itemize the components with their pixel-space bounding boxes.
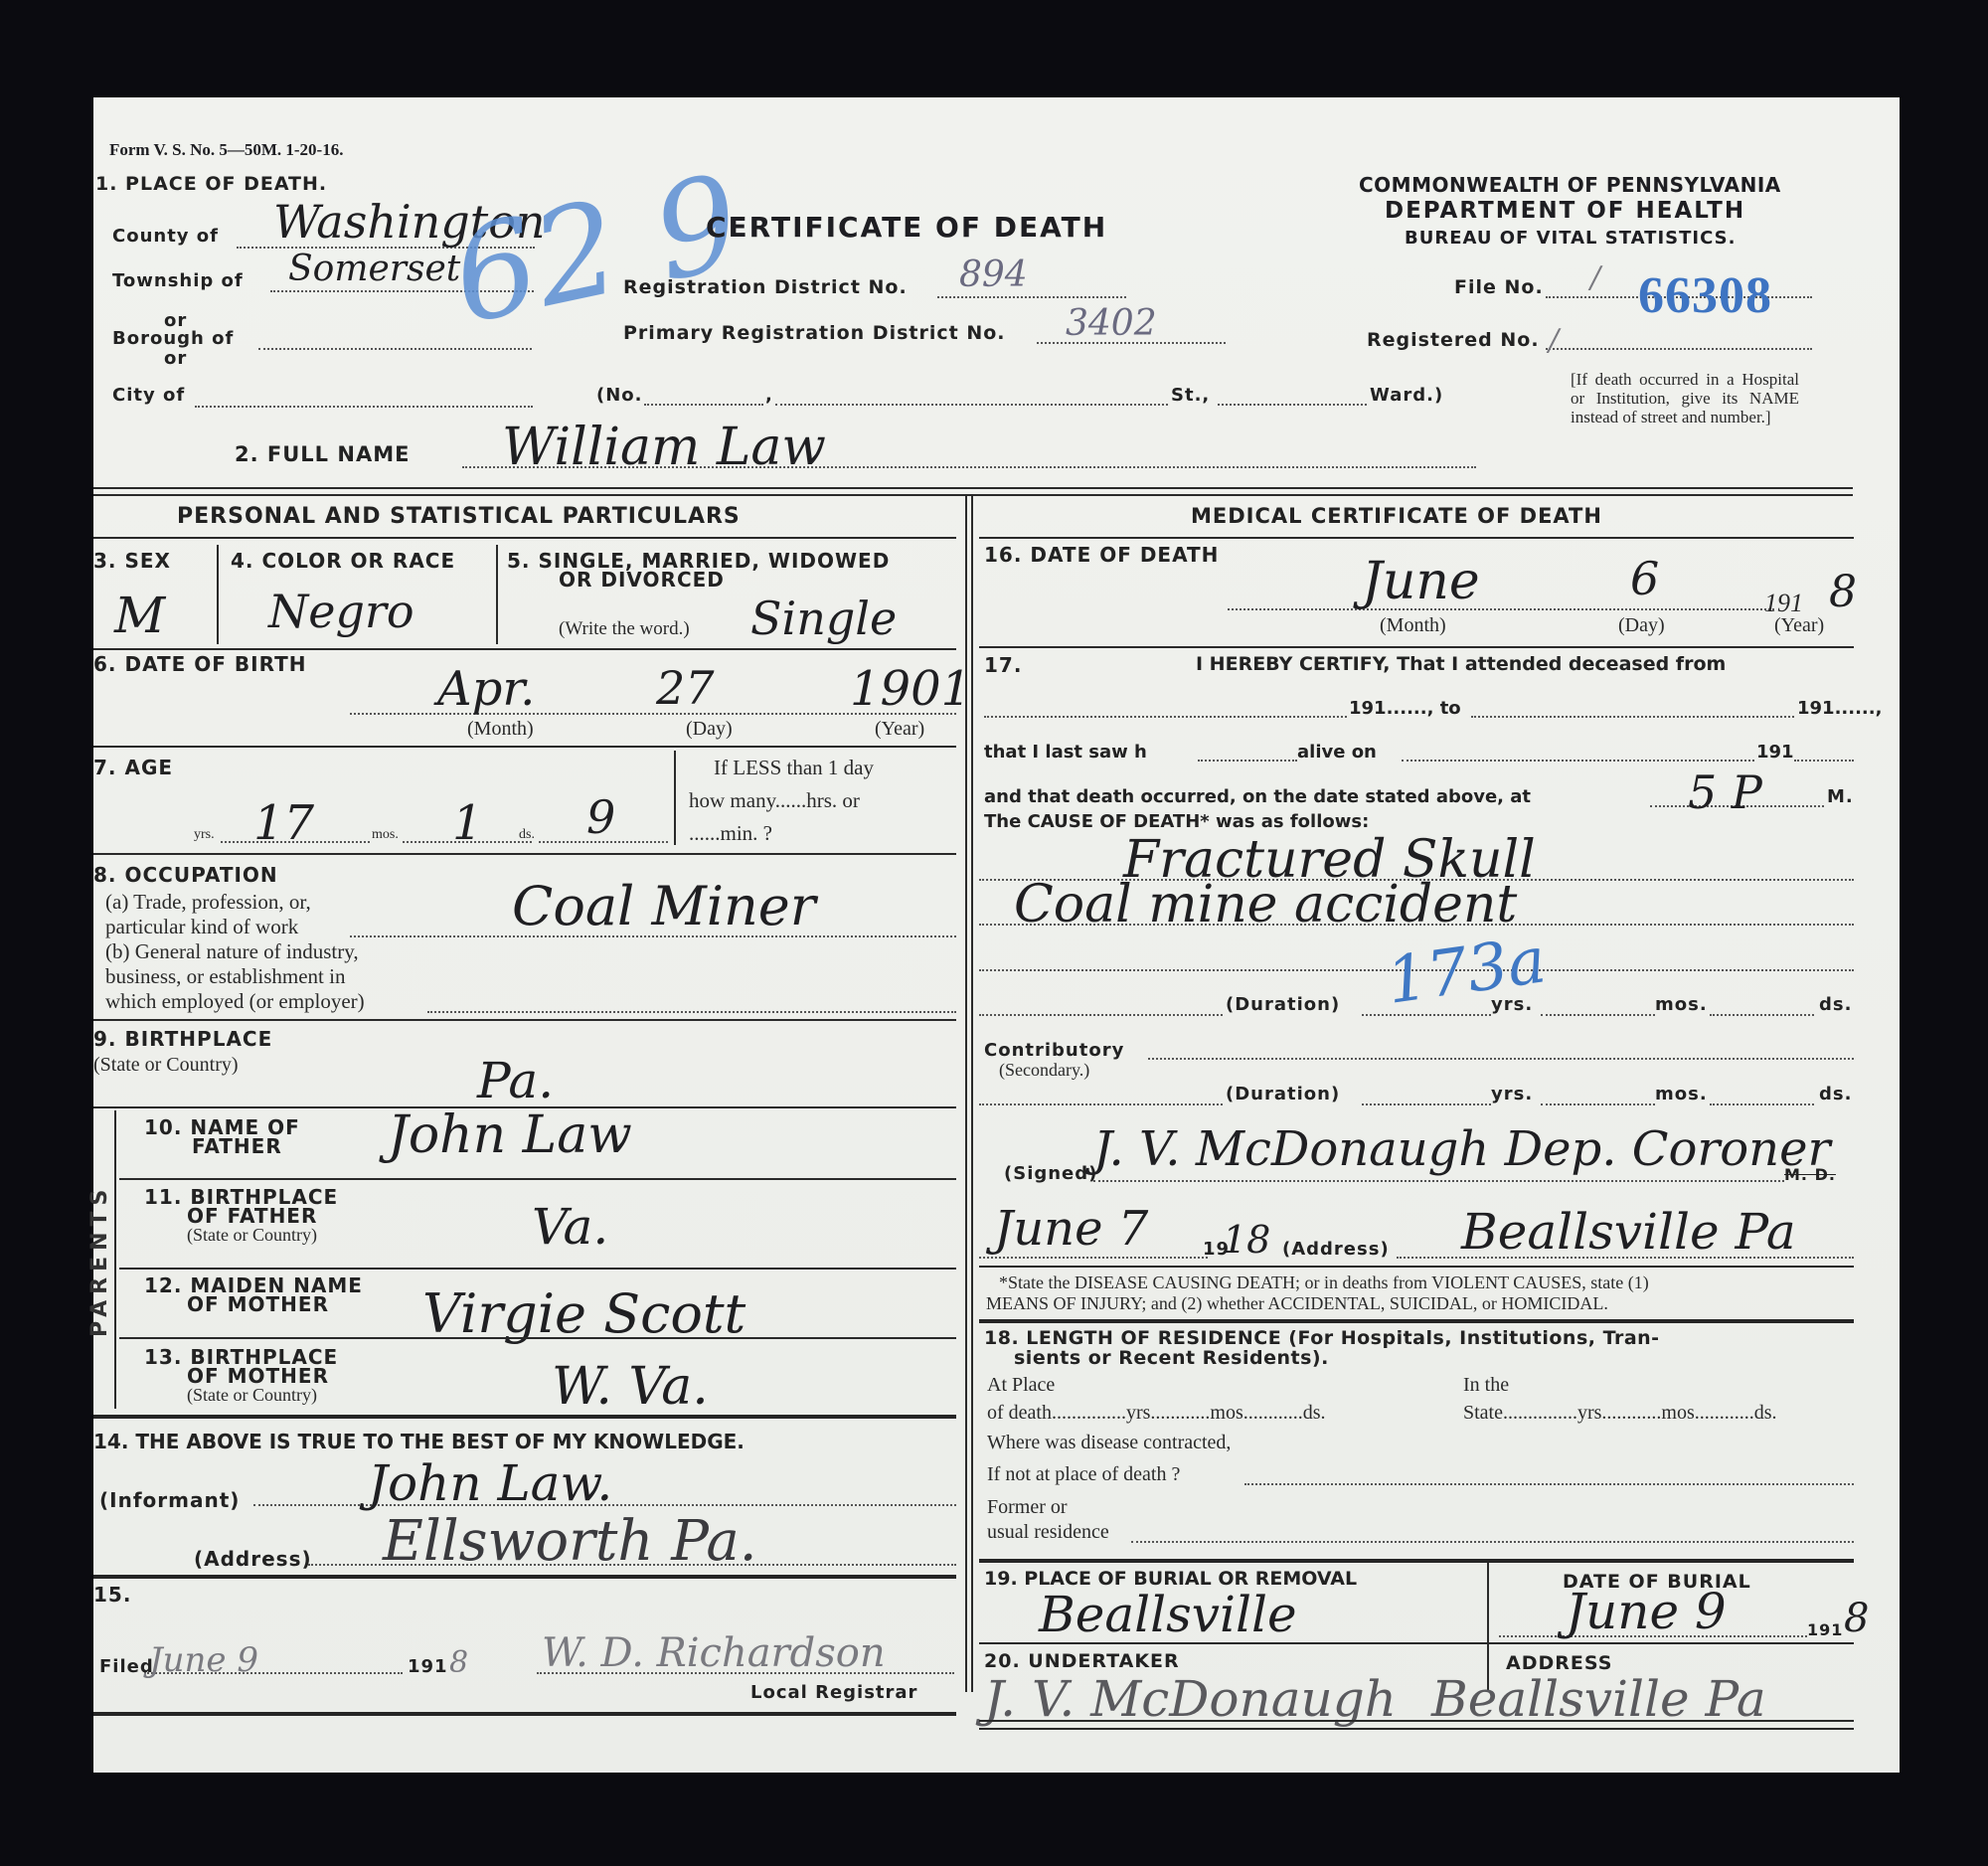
contributory-label: Contributory [984, 1040, 1124, 1061]
certify-statement: I HEREBY CERTIFY, That I attended deceas… [1196, 653, 1726, 675]
dob-month-caption: (Month) [467, 718, 534, 741]
divider [93, 1019, 956, 1021]
death-time-value: 5 P [1688, 765, 1762, 819]
attended-to-line [1471, 716, 1794, 718]
registrar-signature: W. D. Richardson [542, 1630, 886, 1676]
in-state-label: In the [1463, 1374, 1509, 1397]
city-line [195, 406, 533, 408]
borough-label: Borough of [112, 328, 234, 349]
column-divider [217, 545, 219, 644]
full-name-value: William Law [502, 418, 826, 477]
father-name-value: John Law [388, 1105, 632, 1165]
primary-registration-value: 3402 [1066, 303, 1157, 344]
registration-district-line [937, 296, 1126, 298]
birthplace-hint: (State or Country) [93, 1054, 239, 1077]
former-residence-label-2: usual residence [987, 1521, 1109, 1544]
divider [93, 648, 956, 650]
burial-place-value: Beallsville [1039, 1586, 1297, 1643]
duration-ds: ds. [1819, 994, 1852, 1015]
at-place-fields: of death...............yrs............mo… [987, 1402, 1326, 1425]
street-no-line [644, 404, 763, 406]
mother-name-label-2: OF MOTHER [187, 1292, 329, 1316]
last-saw-label: that I last saw h [984, 742, 1147, 763]
occupation-label: 8. OCCUPATION [93, 863, 278, 887]
occupation-b-line [427, 1011, 956, 1013]
divider [979, 1266, 1854, 1268]
md-label: M. D. [1784, 1165, 1836, 1184]
dob-month: Apr. [437, 661, 535, 717]
dod-day-caption: (Day) [1618, 614, 1665, 637]
age-months: 1 [452, 795, 483, 851]
registered-no-value: / [1549, 323, 1559, 358]
signed-line [1093, 1180, 1784, 1182]
secondary-yrs-line [1362, 1103, 1491, 1105]
dob-year-caption: (Year) [875, 718, 924, 741]
duration-mos: mos. [1655, 994, 1708, 1015]
street-label: St., [1171, 385, 1210, 406]
alive-on-year: 191 [1756, 742, 1794, 763]
secondary-ds-line [1710, 1103, 1814, 1105]
secondary-duration-line [979, 1103, 1223, 1105]
ward-line [1218, 404, 1367, 406]
alive-on-year-line [1794, 760, 1854, 762]
father-birthplace-hint: (State or Country) [187, 1225, 317, 1246]
filed-date: June 9 [149, 1640, 258, 1680]
divider [979, 1559, 1854, 1563]
divider [119, 1268, 956, 1270]
personal-section-title: PERSONAL AND STATISTICAL PARTICULARS [177, 504, 741, 529]
divider [93, 487, 1853, 489]
mother-name-value: Virgie Scott [422, 1282, 745, 1345]
secondary-duration-label: (Duration) [1226, 1084, 1340, 1104]
duration-ds-line [1710, 1014, 1814, 1016]
secondary-ds: ds. [1819, 1084, 1852, 1104]
agency-commonwealth: COMMONWEALTH OF PENNSYLVANIA [1359, 173, 1781, 197]
divider [979, 1720, 1854, 1722]
age-days: 9 [586, 790, 615, 844]
marital-hint: (Write the word.) [559, 618, 690, 640]
age-mos-label: mos. [372, 827, 399, 843]
birthplace-label: 9. BIRTHPLACE [93, 1027, 272, 1051]
where-contracted-line [1244, 1483, 1854, 1485]
ward-label: Ward.) [1370, 385, 1443, 406]
at-place-label: At Place [987, 1374, 1055, 1397]
dod-month-caption: (Month) [1380, 614, 1446, 637]
alive-on-line [1402, 760, 1754, 762]
comma: , [765, 385, 773, 406]
occupation-a-text: (a) Trade, profession, or, [105, 890, 311, 915]
registered-no-line [1546, 348, 1812, 350]
local-registrar-label: Local Registrar [750, 1682, 917, 1703]
informant-address-label: (Address) [194, 1547, 312, 1571]
certify-number: 17. [984, 653, 1022, 677]
dob-label: 6. DATE OF BIRTH [93, 652, 306, 676]
divider [979, 646, 1854, 648]
agency-department: DEPARTMENT OF HEALTH [1385, 198, 1745, 224]
parents-label: PARENTS [87, 1184, 112, 1337]
age-yrs-label: yrs. [194, 827, 215, 843]
primary-registration-label: Primary Registration District No. [623, 322, 1006, 344]
dob-day-caption: (Day) [686, 718, 733, 741]
township-value: Somerset [288, 249, 460, 289]
township-label: Township of [112, 270, 244, 291]
duration-yrs-line [1362, 1014, 1491, 1016]
county-label: County of [112, 226, 219, 247]
sex-label: 3. SEX [93, 549, 171, 573]
death-time-label: and that death occurred, on the date sta… [984, 786, 1531, 807]
medical-section-title: MEDICAL CERTIFICATE OF DEATH [1191, 504, 1602, 528]
birthplace-value: Pa. [477, 1052, 554, 1109]
death-time-m: M. [1827, 786, 1854, 807]
race-value: Negro [268, 585, 414, 638]
divider [93, 494, 1853, 496]
dod-year-suffix: 8 [1829, 567, 1857, 617]
duration-line [979, 1014, 1223, 1016]
street-line [775, 404, 1168, 406]
dod-day: 6 [1630, 552, 1659, 605]
place-of-death-label: 1. PLACE OF DEATH. [95, 173, 327, 195]
secondary-mos: mos. [1655, 1084, 1708, 1104]
divider [979, 1728, 1854, 1730]
registration-district-label: Registration District No. [623, 276, 908, 298]
marital-label-2: OR DIVORCED [559, 568, 725, 592]
file-check-mark: / [1590, 260, 1600, 295]
certificate-title: CERTIFICATE OF DEATH [706, 211, 1107, 244]
secondary-yrs: yrs. [1491, 1084, 1533, 1104]
in-state-fields: State...............yrs............mos..… [1463, 1402, 1777, 1425]
attended-from-year: 191......, to [1349, 698, 1461, 719]
dod-label: 16. DATE OF DEATH [984, 543, 1219, 567]
where-contracted-label: Where was disease contracted, [987, 1432, 1231, 1454]
divider [93, 537, 956, 539]
where-contracted-label-2: If not at place of death ? [987, 1463, 1180, 1486]
less-than-day-min: ......min. ? [689, 821, 772, 846]
residence-label-2: sients or Recent Residents). [1014, 1347, 1329, 1369]
former-residence-label: Former or [987, 1496, 1068, 1519]
filed-year-suffix: 8 [449, 1645, 468, 1680]
undertaker-label: 20. UNDERTAKER [984, 1650, 1180, 1672]
or-label: or [164, 348, 187, 369]
age-years: 17 [253, 795, 314, 851]
physician-address-value: Beallsville Pa [1461, 1203, 1796, 1261]
secondary-label: (Secondary.) [999, 1060, 1089, 1081]
marital-value: Single [750, 592, 897, 645]
father-birthplace-value: Va. [532, 1198, 608, 1256]
signed-date: June 7 [994, 1201, 1148, 1257]
column-divider [496, 545, 498, 644]
street-no-label: (No. [596, 385, 643, 406]
dob-year: 1901 [850, 661, 971, 717]
cause-line-2-value: Coal mine accident [1014, 875, 1517, 934]
occupation-b-text: (b) General nature of industry, [105, 939, 359, 964]
age-ds-label: ds. [519, 827, 535, 843]
signed-date-line [979, 1257, 1208, 1259]
registration-district-value: 894 [959, 254, 1028, 295]
file-no-label: File No. [1454, 276, 1544, 298]
divider [93, 853, 956, 855]
informant-address-value: Ellsworth Pa. [383, 1509, 757, 1574]
signed-year-suffix: 18 [1223, 1218, 1270, 1262]
city-label: City of [112, 385, 185, 406]
occupation-value: Coal Miner [512, 875, 816, 937]
agency-bureau: BUREAU OF VITAL STATISTICS. [1405, 228, 1736, 249]
signed-label: (Signed) [1004, 1163, 1097, 1184]
dod-month: June [1362, 552, 1480, 611]
race-label: 4. COLOR OR RACE [231, 549, 455, 573]
form-number: Form V. S. No. 5—50M. 1-20-16. [109, 140, 343, 160]
signed-value: J. V. McDonaugh Dep. Coroner [1093, 1121, 1830, 1177]
footnote-line-2: MEANS OF INJURY; and (2) whether ACCIDEN… [986, 1293, 1608, 1314]
cause-label: The CAUSE OF DEATH* was as follows: [984, 811, 1369, 832]
informant-value: John Law. [368, 1454, 612, 1512]
filed-year-prefix: 191 [408, 1656, 448, 1677]
divider [979, 1642, 1854, 1644]
divider [119, 1178, 956, 1180]
mother-birthplace-value: W. Va. [552, 1357, 709, 1417]
sex-value: M [114, 587, 165, 644]
column-divider [674, 751, 676, 845]
former-residence-line [1131, 1541, 1854, 1543]
duration-label: (Duration) [1226, 994, 1340, 1015]
divider [119, 1337, 956, 1339]
father-name-label-2: FATHER [192, 1134, 282, 1158]
informant-statement: 14. THE ABOVE IS TRUE TO THE BEST OF MY … [93, 1430, 745, 1453]
burial-year-prefix: 191 [1807, 1620, 1843, 1639]
divider [979, 1319, 1854, 1323]
dod-year-caption: (Year) [1774, 614, 1824, 637]
occupation-b-text-2: business, or establishment in [105, 964, 345, 989]
less-than-day-text: If LESS than 1 day [714, 756, 874, 780]
full-name-label: 2. FULL NAME [235, 442, 410, 466]
contributory-line [1148, 1058, 1854, 1060]
footnote-line-1: *State the DISEASE CAUSING DEATH; or in … [999, 1272, 1649, 1293]
burial-year-suffix: 8 [1844, 1596, 1869, 1641]
physician-address-label: (Address) [1282, 1239, 1390, 1260]
file-number-stamp: 66308 [1638, 266, 1772, 325]
divider [93, 746, 956, 748]
filing-number: 15. [93, 1583, 131, 1607]
less-than-day-hrs: how many......hrs. or [689, 788, 860, 813]
age-label: 7. AGE [93, 756, 173, 779]
burial-date-value: June 9 [1566, 1583, 1727, 1640]
divider [979, 537, 1854, 539]
divider [93, 1575, 956, 1579]
duration-mos-line [1541, 1014, 1655, 1016]
hospital-note: [If death occurred in a Hospital or Inst… [1571, 370, 1799, 426]
attended-from-line [984, 716, 1347, 718]
mother-birthplace-hint: (State or Country) [187, 1385, 317, 1406]
last-saw-line [1198, 760, 1297, 762]
dod-line [1228, 608, 1774, 610]
parents-bracket [114, 1110, 116, 1409]
attended-to-year: 191......, [1797, 698, 1882, 719]
dob-day: 27 [656, 661, 715, 715]
informant-label: (Informant) [99, 1488, 240, 1512]
occupation-a-text-2: particular kind of work [105, 915, 298, 939]
center-divider [971, 494, 973, 1692]
divider [93, 1712, 956, 1716]
divider [93, 1415, 956, 1419]
occupation-b-text-3: which employed (or employer) [105, 989, 365, 1014]
alive-on-label: alive on [1297, 742, 1377, 763]
residence-label: 18. LENGTH OF RESIDENCE (For Hospitals, … [984, 1327, 1660, 1349]
registered-no-label: Registered No. [1367, 329, 1540, 351]
duration-yrs: yrs. [1491, 994, 1533, 1015]
secondary-mos-line [1541, 1103, 1655, 1105]
